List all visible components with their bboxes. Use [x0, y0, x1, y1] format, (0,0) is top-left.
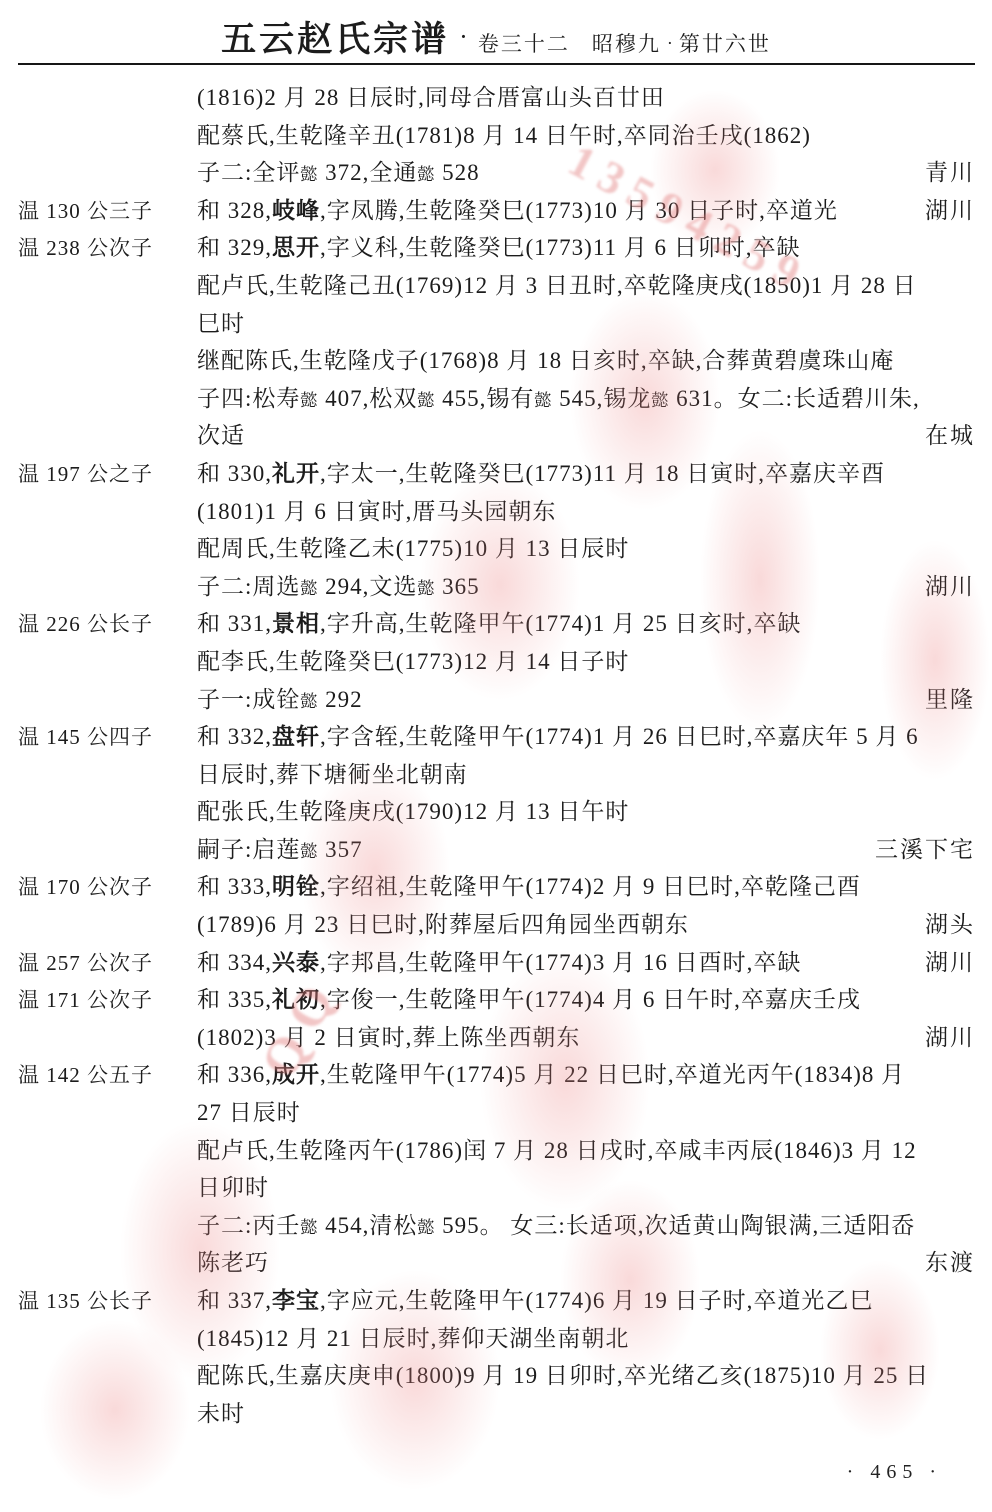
entry-line: 温 238 公次子和 329,思开,字义科,生乾隆癸巳(1773)11 月 6 …: [18, 229, 975, 267]
generation-label: 温 130 公三子: [18, 195, 197, 225]
entry-line: 子四:松寿懿 407,松双懿 455,锡有懿 545,锡龙懿 631。女二:长适…: [18, 380, 975, 418]
generation-label: 温 226 公长子: [18, 608, 197, 638]
entry-text: 配陈氏,生嘉庆庚申(1800)9 月 19 日卯时,卒光绪乙亥(1875)10 …: [197, 1357, 975, 1390]
entry-text: (1801)1 月 6 日寅时,厝马头园朝东: [197, 493, 975, 526]
subtitle-dot-separator: ·: [667, 33, 673, 53]
entry-line: 巳时: [18, 305, 975, 343]
entry-line: 继配陈氏,生乾隆戊子(1768)8 月 18 日亥时,卒缺,合葬黄碧虞珠山庵: [18, 342, 975, 380]
residence-label: 湖川: [925, 568, 975, 601]
entry-text: 日卯时: [197, 1169, 975, 1202]
entry-text: 和 334,兴泰,字邦昌,生乾隆甲午(1774)3 月 16 日酉时,卒缺: [197, 944, 925, 977]
entry-text: 子二:丙壬懿 454,清松懿 595。 女三:长适项,次适黄山陶银满,三适阳岙: [197, 1207, 975, 1240]
entry-text: 配李氏,生乾隆癸巳(1773)12 月 14 日子时: [197, 643, 975, 676]
residence-label: 在城: [925, 417, 975, 450]
entry-line: (1845)12 月 21 日辰时,葬仰天湖坐南朝北: [18, 1320, 975, 1358]
entry-line: 温 135 公长子和 337,李宝,字应元,生乾隆甲午(1774)6 月 19 …: [18, 1282, 975, 1320]
residence-label: 湖川: [925, 944, 975, 977]
title-dot-separator: ·: [459, 22, 468, 51]
entry-line: (1816)2 月 28 日辰时,同母合厝富山头百廿田: [18, 79, 975, 117]
entry-text: (1802)3 月 2 日寅时,葬上陈坐西朝东: [197, 1019, 925, 1052]
entry-text: 配蔡氏,生乾隆辛丑(1781)8 月 14 日午时,卒同治壬戌(1862): [197, 117, 975, 150]
genealogy-page: 13594259 QQ 五云赵氏宗谱·卷三十二昭穆九·第廿六世 (1816)2 …: [0, 0, 992, 1512]
generation-label: 温 197 公之子: [18, 458, 197, 488]
entry-text: 配张氏,生乾隆庚戌(1790)12 月 13 日午时: [197, 793, 975, 826]
generation-label: 温 145 公四子: [18, 721, 197, 751]
entry-line: 温 145 公四子和 332,盘轩,字含轾,生乾隆甲午(1774)1 月 26 …: [18, 718, 975, 756]
page-number: · 465 ·: [847, 1461, 942, 1484]
entry-text: 配卢氏,生乾隆己丑(1769)12 月 3 日丑时,卒乾隆庚戌(1850)1 月…: [197, 267, 975, 300]
entry-line: (1801)1 月 6 日寅时,厝马头园朝东: [18, 493, 975, 531]
entry-text: 配卢氏,生乾隆丙午(1786)闰 7 月 28 日戌时,卒咸丰丙辰(1846)3…: [197, 1132, 975, 1165]
entry-text: 和 337,李宝,字应元,生乾隆甲午(1774)6 月 19 日子时,卒道光乙巳: [197, 1282, 975, 1315]
generation-label: 温 142 公五子: [18, 1059, 197, 1089]
entry-line: 温 170 公次子和 333,明铨,字绍祖,生乾隆甲午(1774)2 月 9 日…: [18, 868, 975, 906]
entry-text: 配周氏,生乾隆乙未(1775)10 月 13 日辰时: [197, 530, 975, 563]
book-title: 五云赵氏宗谱: [221, 20, 449, 59]
entry-text: 陈老巧: [197, 1244, 925, 1277]
entry-line: 配李氏,生乾隆癸巳(1773)12 月 14 日子时: [18, 643, 975, 681]
entry-line: 温 171 公次子和 335,礼初,字俊一,生乾隆甲午(1774)4 月 6 日…: [18, 981, 975, 1019]
volume-label: 卷三十二: [478, 32, 570, 56]
header-divider: [18, 63, 975, 65]
residence-label: 湖川: [925, 192, 975, 225]
entry-text: (1816)2 月 28 日辰时,同母合厝富山头百廿田: [197, 79, 975, 112]
entry-line: 日卯时: [18, 1169, 975, 1207]
entry-line: 温 130 公三子和 328,岐峰,字凤腾,生乾隆癸巳(1773)10 月 30…: [18, 192, 975, 230]
entry-line: 子二:丙壬懿 454,清松懿 595。 女三:长适项,次适黄山陶银满,三适阳岙: [18, 1207, 975, 1245]
entry-line: (1802)3 月 2 日寅时,葬上陈坐西朝东湖川: [18, 1019, 975, 1057]
entry-text: 子一:成铨懿 292: [197, 681, 925, 714]
entry-line: 日辰时,葬下塘衕坐北朝南: [18, 756, 975, 794]
residence-label: 三溪下宅: [875, 831, 975, 864]
entry-line: 陈老巧东渡: [18, 1244, 975, 1282]
entry-text: 和 332,盘轩,字含轾,生乾隆甲午(1774)1 月 26 日巳时,卒嘉庆年 …: [197, 718, 975, 751]
entry-line: 子二:周选懿 294,文选懿 365湖川: [18, 568, 975, 606]
entry-text: 嗣子:启莲懿 357: [197, 831, 875, 864]
residence-label: 里隆: [925, 681, 975, 714]
entry-line: 配蔡氏,生乾隆辛丑(1781)8 月 14 日午时,卒同治壬戌(1862): [18, 117, 975, 155]
entry-text: 和 331,景相,字升高,生乾隆甲午(1774)1 月 25 日亥时,卒缺: [197, 605, 975, 638]
entry-line: 未时: [18, 1395, 975, 1433]
entry-line: (1789)6 月 23 日巳时,附葬屋后四角园坐西朝东湖头: [18, 906, 975, 944]
entry-text: 27 日辰时: [197, 1094, 975, 1127]
residence-label: 东渡: [925, 1244, 975, 1277]
generation-title: 第廿六世: [679, 32, 771, 56]
entry-line: 配张氏,生乾隆庚戌(1790)12 月 13 日午时: [18, 793, 975, 831]
entry-line: 温 226 公长子和 331,景相,字升高,生乾隆甲午(1774)1 月 25 …: [18, 605, 975, 643]
generation-label: 温 238 公次子: [18, 232, 197, 262]
page-header: 五云赵氏宗谱·卷三十二昭穆九·第廿六世: [0, 12, 992, 62]
entry-line: 温 197 公之子和 330,礼开,字太一,生乾隆癸巳(1773)11 月 18…: [18, 455, 975, 493]
entry-text: (1845)12 月 21 日辰时,葬仰天湖坐南朝北: [197, 1320, 975, 1353]
entry-text: 和 330,礼开,字太一,生乾隆癸巳(1773)11 月 18 日寅时,卒嘉庆辛…: [197, 455, 975, 488]
entry-text: 日辰时,葬下塘衕坐北朝南: [197, 756, 975, 789]
generation-label: 温 257 公次子: [18, 947, 197, 977]
genealogy-rows: (1816)2 月 28 日辰时,同母合厝富山头百廿田配蔡氏,生乾隆辛丑(178…: [18, 79, 975, 1432]
generation-label: 温 135 公长子: [18, 1285, 197, 1315]
entry-text: (1789)6 月 23 日巳时,附葬屋后四角园坐西朝东: [197, 906, 925, 939]
entry-text: 子二:周选懿 294,文选懿 365: [197, 568, 925, 601]
entry-text: 未时: [197, 1395, 975, 1428]
entry-text: 和 333,明铨,字绍祖,生乾隆甲午(1774)2 月 9 日巳时,卒乾隆己酉: [197, 868, 975, 901]
entry-line: 配周氏,生乾隆乙未(1775)10 月 13 日辰时: [18, 530, 975, 568]
generation-label: 温 170 公次子: [18, 871, 197, 901]
entry-line: 子一:成铨懿 292里隆: [18, 681, 975, 719]
residence-label: 青川: [925, 154, 975, 187]
entry-text: 和 328,岐峰,字凤腾,生乾隆癸巳(1773)10 月 30 日子时,卒道光: [197, 192, 925, 225]
entry-text: 次适: [197, 417, 925, 450]
entry-line: 配卢氏,生乾隆丙午(1786)闰 7 月 28 日戌时,卒咸丰丙辰(1846)3…: [18, 1132, 975, 1170]
residence-label: 湖川: [925, 1019, 975, 1052]
entry-line: 配陈氏,生嘉庆庚申(1800)9 月 19 日卯时,卒光绪乙亥(1875)10 …: [18, 1357, 975, 1395]
entry-line: 嗣子:启莲懿 357三溪下宅: [18, 831, 975, 869]
entry-text: 和 335,礼初,字俊一,生乾隆甲午(1774)4 月 6 日午时,卒嘉庆壬戌: [197, 981, 975, 1014]
entry-line: 配卢氏,生乾隆己丑(1769)12 月 3 日丑时,卒乾隆庚戌(1850)1 月…: [18, 267, 975, 305]
residence-label: 湖头: [925, 906, 975, 939]
entry-line: 子二:全评懿 372,全通懿 528青川: [18, 154, 975, 192]
entry-line: 温 142 公五子和 336,成开,生乾隆甲午(1774)5 月 22 日巳时,…: [18, 1056, 975, 1094]
entry-line: 温 257 公次子和 334,兴泰,字邦昌,生乾隆甲午(1774)3 月 16 …: [18, 944, 975, 982]
entry-text: 巳时: [197, 305, 975, 338]
entry-text: 继配陈氏,生乾隆戊子(1768)8 月 18 日亥时,卒缺,合葬黄碧虞珠山庵: [197, 342, 975, 375]
entry-text: 子四:松寿懿 407,松双懿 455,锡有懿 545,锡龙懿 631。女二:长适…: [197, 380, 975, 413]
entry-line: 次适在城: [18, 417, 975, 455]
entry-text: 和 329,思开,字义科,生乾隆癸巳(1773)11 月 6 日卯时,卒缺: [197, 229, 975, 262]
generation-label: 温 171 公次子: [18, 984, 197, 1014]
entry-text: 子二:全评懿 372,全通懿 528: [197, 154, 925, 187]
entry-line: 27 日辰时: [18, 1094, 975, 1132]
entry-text: 和 336,成开,生乾隆甲午(1774)5 月 22 日巳时,卒道光丙午(183…: [197, 1056, 975, 1089]
section-label: 昭穆九: [592, 32, 661, 56]
